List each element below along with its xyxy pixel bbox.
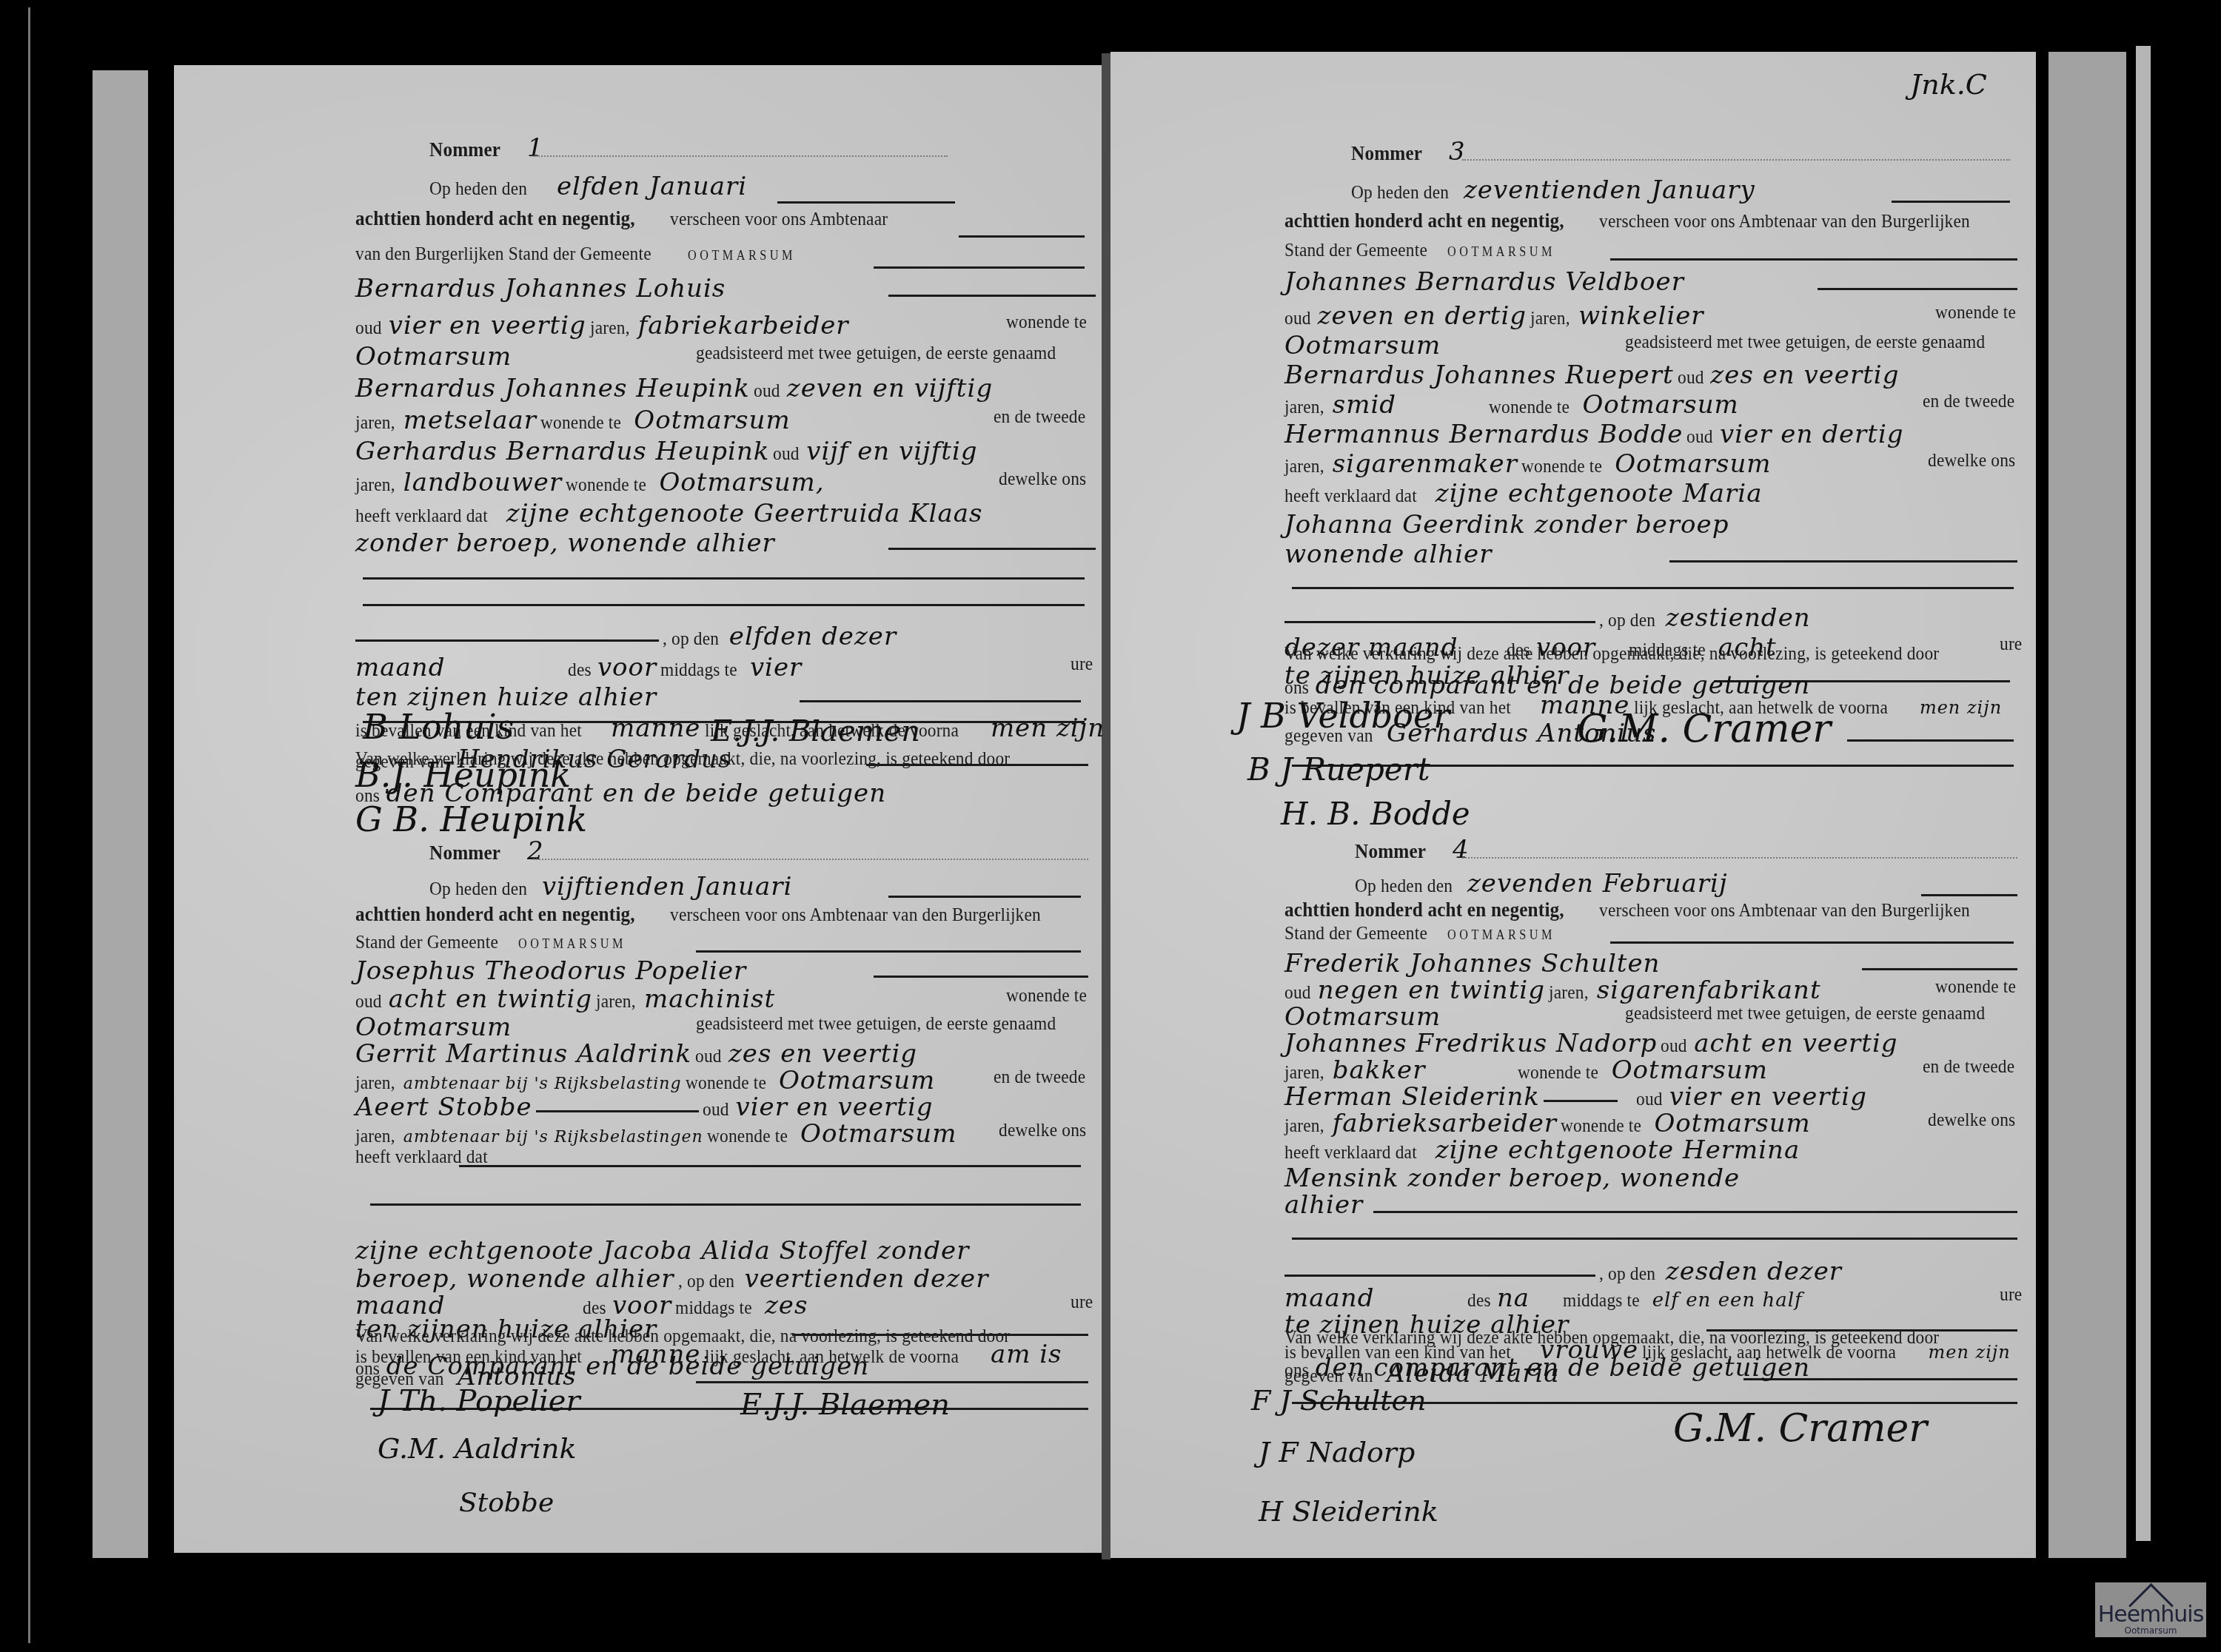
page-mark: Jnk.C [1910,68,1987,101]
birth-day: zestienden [1666,603,1811,633]
year-text: achttien honderd acht en negentig, [355,903,635,927]
signature-2: B J Ruepert [1247,751,1430,788]
statement-line-1: zijne echtgenoote Hermina [1436,1135,1800,1165]
year-text: achttien honderd acht en negentig, [1284,209,1564,233]
nommer-label: Nommer [429,842,500,865]
witness1-name: Johannes Fredrikus Nadorp [1284,1029,1657,1058]
oud-label: oud [1636,1088,1663,1110]
witness2-occupation: ambtenaar bij 's Rijksbelastingen [403,1128,703,1146]
witness1-residence: Ootmarsum [1612,1055,1768,1085]
tweede-label: en de tweede [994,1066,1085,1088]
page-gutter [1102,53,1110,1559]
jaren-label: jaren, [1284,1115,1324,1137]
municipality: OOTMARSUM [688,248,796,263]
oud-label: oud [773,443,800,465]
witness2-residence: Ootmarsum [800,1119,957,1149]
oud-label: oud [754,380,780,402]
op-den-label: , op den [678,1270,734,1292]
signature-1: F J Schulten [1251,1384,1426,1417]
heemhuis-logo: Heemhuis Ootmarsum [2095,1582,2206,1637]
declarant-residence: Ootmarsum [355,1013,512,1042]
entry-date: vijftienden Januari [542,872,792,901]
witness1-residence: Ootmarsum [1582,390,1738,420]
time-hour: elf en een half [1652,1289,1803,1312]
wonende-label: wonende te [1006,311,1087,333]
middags-label: middags te [1563,1289,1640,1312]
oud-label: oud [1284,307,1311,329]
wonende-label: wonende te [1489,396,1570,418]
ons-label: ons [355,1357,380,1380]
des-label: des [1467,1289,1491,1312]
declarant-residence: Ootmarsum [355,342,512,372]
birth-day: zesden dezer [1666,1257,1842,1286]
year-text: achttien honderd acht en negentig, [1284,899,1564,922]
wonende-label: wonende te [1561,1115,1641,1137]
nommer-label: Nommer [1351,142,1422,166]
entry-1: Nommer 1 Op heden den elfden Januari ach… [355,133,1096,799]
signature-1: J Th. Popelier [378,1384,580,1418]
jaren-label: jaren, [596,990,636,1013]
witness2-age: vier en veertig [736,1092,934,1122]
birth-day: elfden dezer [729,622,897,651]
nommer-label: Nommer [1355,840,1426,864]
entry-date: elfden Januari [557,172,747,201]
witness2-occupation: fabrieksarbeider [1333,1109,1557,1138]
oud-label: oud [703,1098,729,1121]
declarant-age: negen en twintig [1318,976,1545,1005]
time-hour: vier [750,653,802,682]
op-den-label: , op den [663,628,719,650]
left-edge-line [28,7,30,1643]
entry-number: 4 [1453,835,1470,864]
verklaard-label: heeft verklaard dat [1284,1141,1417,1164]
municipality: OOTMARSUM [518,936,626,952]
jaren-label: jaren, [590,317,630,339]
wonende-label: wonende te [1518,1061,1598,1084]
official-signature: E.J.J. Blaemen [711,714,920,748]
verscheen-text: verscheen voor ons Ambtenaar van den Bur… [1599,899,1970,921]
witness1-residence: Ootmarsum [779,1066,935,1095]
wonende-label: wonende te [1006,984,1087,1007]
signature-2: G.M. Aaldrink [378,1432,577,1465]
witness1-occupation: smid [1333,390,1396,420]
witness2-name: Gerhardus Bernardus Heupink [355,437,769,466]
declarant-residence: Ootmarsum [1284,331,1441,360]
right-edge-strip [2136,46,2151,1541]
op-heden-label: Op heden den [429,878,527,900]
jaren-label: jaren, [355,1125,395,1147]
signature-2: J F Nadorp [1259,1436,1415,1468]
witness1-occupation: metselaar [403,406,537,435]
jaren-label: jaren, [355,1072,395,1094]
entry-date: zevenden Februarij [1467,869,1728,899]
municipality: OOTMARSUM [1447,244,1555,260]
birth-month: maand [355,653,445,682]
dewelke-label: dewelke ons [1928,1109,2015,1131]
signature-3: G B. Heupink [355,799,587,839]
witness1-occupation: bakker [1333,1055,1426,1085]
jaren-label: jaren, [1530,307,1570,329]
jaren-label: jaren, [1284,1061,1324,1084]
statement-line-3: wonende alhier [1284,540,1492,569]
wonende-label: wonende te [1935,976,2016,998]
verklaard-label: heeft verklaard dat [355,505,488,527]
statement-line-2: beroep, wonende alhier [355,1264,674,1294]
ure-label: ure [1071,653,1093,675]
time-period: voor [597,653,657,682]
ons-label: ons [1284,1359,1309,1381]
verscheen-text: verscheen voor ons Ambtenaar [670,208,888,230]
jaren-label: jaren, [1284,455,1324,477]
geadsisteerd-label: geadsisteerd met twee getuigen, de eerst… [696,1013,1056,1035]
declarant-name: Johannes Bernardus Veldboer [1284,267,1684,297]
geadsisteerd-label: geadsisteerd met twee getuigen, de eerst… [1625,331,1985,353]
oud-label: oud [1661,1035,1687,1057]
witness1-age: acht en veertig [1694,1029,1898,1058]
oud-label: oud [355,990,382,1013]
logo-name: Heemhuis [2095,1602,2206,1628]
witness2-name: Hermannus Bernardus Bodde [1284,420,1683,449]
jaren-label: jaren, [355,412,395,434]
oud-label: oud [1686,426,1713,448]
des-label: des [568,659,592,681]
witness1-residence: Ootmarsum [634,406,790,435]
ure-label: ure [2000,1283,2022,1306]
declarant-age: zeven en dertig [1318,301,1527,331]
wonende-label: wonende te [540,412,621,434]
signature-2: B.J. Heupink [355,755,571,795]
witness1-age: zes en veertig [1710,360,1899,390]
van-welke-label: Van welke verklaring wij deze akte hebbe… [355,1325,1010,1347]
logo-subtitle: Ootmarsum [2095,1625,2206,1636]
signed-by: den comparant en de beide getuigen [1316,1353,1810,1383]
declarant-residence: Ootmarsum [1284,1002,1441,1032]
signature-1: J B Veldboer [1236,696,1450,736]
op-heden-label: Op heden den [1351,181,1449,204]
verscheen-text: verscheen voor ons Ambtenaar van den Bur… [1599,210,1970,232]
witness2-name: Herman Sleiderink [1284,1082,1540,1112]
verklaard-label: heeft verklaard dat [1284,485,1417,507]
witness2-age: vier en veertig [1669,1082,1867,1112]
wonende-label: wonende te [1521,455,1602,477]
geadsisteerd-label: geadsisteerd met twee getuigen, de eerst… [1625,1002,1985,1024]
op-den-label: , op den [1599,1263,1655,1285]
van-welke-label: Van welke verklaring wij deze akte hebbe… [1284,642,1939,665]
dewelke-label: dewelke ons [1928,449,2015,471]
declarant-occupation: fabriekarbeider [638,311,849,340]
witness1-name: Gerrit Martinus Aaldrink [355,1039,691,1069]
tweede-label: en de tweede [994,406,1085,428]
witness2-name: Aeert Stobbe [355,1092,532,1122]
burgerlijken-label: van den Burgerlijken Stand der Gemeente [355,243,651,265]
declarant-name: Frederik Johannes Schulten [1284,949,1661,978]
jaren-label: jaren, [1284,396,1324,418]
statement-line-2: Mensink zonder beroep, wonende [1284,1164,1740,1193]
right-binding-strip [2049,52,2126,1558]
birth-day: veertienden dezer [744,1264,988,1294]
declarant-name: Bernardus Johannes Lohuis [355,274,726,303]
declarant-name: Josephus Theodorus Popelier [355,956,746,986]
signed-by: de Comparant en de beide getuigen [386,1352,869,1381]
municipality: OOTMARSUM [1447,927,1555,943]
witness1-age: zeven en vijftig [787,374,993,403]
op-heden-label: Op heden den [1355,875,1453,897]
op-den-label: , op den [1599,609,1655,631]
statement-line-1: zijne echtgenoote Maria [1436,479,1763,508]
witness1-occupation: ambtenaar bij 's Rijksbelasting [403,1075,682,1093]
wonende-label: wonende te [707,1125,788,1147]
declarant-age: vier en veertig [389,311,586,340]
geadsisteerd-label: geadsisteerd met twee getuigen, de eerst… [696,342,1056,364]
witness1-age: zes en veertig [728,1039,917,1069]
entry-4: Nommer 4 Op heden den zevenden Februarij… [1284,835,2025,1412]
stand-label: Stand der Gemeente [1284,239,1427,261]
witness2-occupation: sigarenmaker [1333,449,1518,479]
declarant-occupation: winkelier [1578,301,1704,331]
wonende-label: wonende te [566,474,646,496]
year-text: achttien honderd acht en negentig, [355,207,635,231]
witness2-residence: Ootmarsum [1615,449,1771,479]
middags-label: middags te [660,659,737,681]
signature-3: H. B. Bodde [1281,796,1470,832]
witness2-occupation: landbouwer [403,468,562,497]
dewelke-label: dewelke ons [999,468,1086,490]
official-signature: G.M. Cramer [1673,1406,1927,1451]
time-period: na [1497,1283,1530,1313]
birth-month: maand [1284,1283,1374,1313]
witness1-name: Bernardus Johannes Heupink [355,374,750,403]
wonende-label: wonende te [686,1072,766,1094]
dewelke-label: dewelke ons [999,1119,1086,1141]
left-binding-strip [93,70,148,1558]
entry-number: 1 [527,133,544,163]
stand-label: Stand der Gemeente [1284,922,1427,944]
official-signature: G.M. Cramer [1577,707,1831,751]
witness1-name: Bernardus Johannes Ruepert [1284,360,1674,390]
nommer-label: Nommer [429,138,500,162]
van-welke-label: Van welke verklaring wij deze akte hebbe… [1284,1326,1939,1349]
statement-line-1: zijne echtgenoote Jacoba Alida Stoffel z… [355,1236,969,1266]
signature-3: H Sleiderink [1259,1495,1438,1528]
witness2-residence: Ootmarsum, [660,468,825,497]
jaren-label: jaren, [1549,981,1589,1004]
jaren-label: jaren, [355,474,395,496]
ure-label: ure [1071,1291,1093,1313]
verscheen-text: verscheen voor ons Ambtenaar van den Bur… [670,904,1041,926]
declarant-occupation: machinist [644,984,775,1014]
oud-label: oud [355,317,382,339]
entry-number: 2 [527,836,544,866]
statement-line-3: alhier [1284,1190,1363,1220]
declarant-age: acht en twintig [389,984,592,1014]
witness2-age: vijf en vijftig [806,437,977,466]
entry-number: 3 [1449,137,1466,167]
witness2-residence: Ootmarsum [1654,1109,1810,1138]
entry-date: zeventienden January [1464,175,1755,205]
official-signature: E.J.J. Blaemen [740,1388,950,1422]
witness2-age: vier en dertig [1720,420,1904,449]
tweede-label: en de tweede [1923,1055,2014,1078]
signature-1: B Lohuis [363,707,514,747]
statement-line-2: zonder beroep, wonende alhier [355,528,775,558]
name-suffix: men zijn [1920,697,2002,718]
stand-label: Stand der Gemeente [355,931,498,953]
declarant-occupation: sigarenfabrikant [1597,976,1821,1005]
signature-3: Stobbe [459,1488,554,1518]
wonende-label: wonende te [1935,301,2016,323]
statement-line-2: Johanna Geerdink zonder beroep [1284,510,1729,540]
oud-label: oud [1678,366,1704,389]
op-heden-label: Op heden den [429,178,527,200]
oud-label: oud [1284,981,1311,1004]
tweede-label: en de tweede [1923,390,2014,412]
statement-line-1: zijne echtgenoote Geertruida Klaas [506,499,983,528]
oud-label: oud [695,1045,722,1067]
